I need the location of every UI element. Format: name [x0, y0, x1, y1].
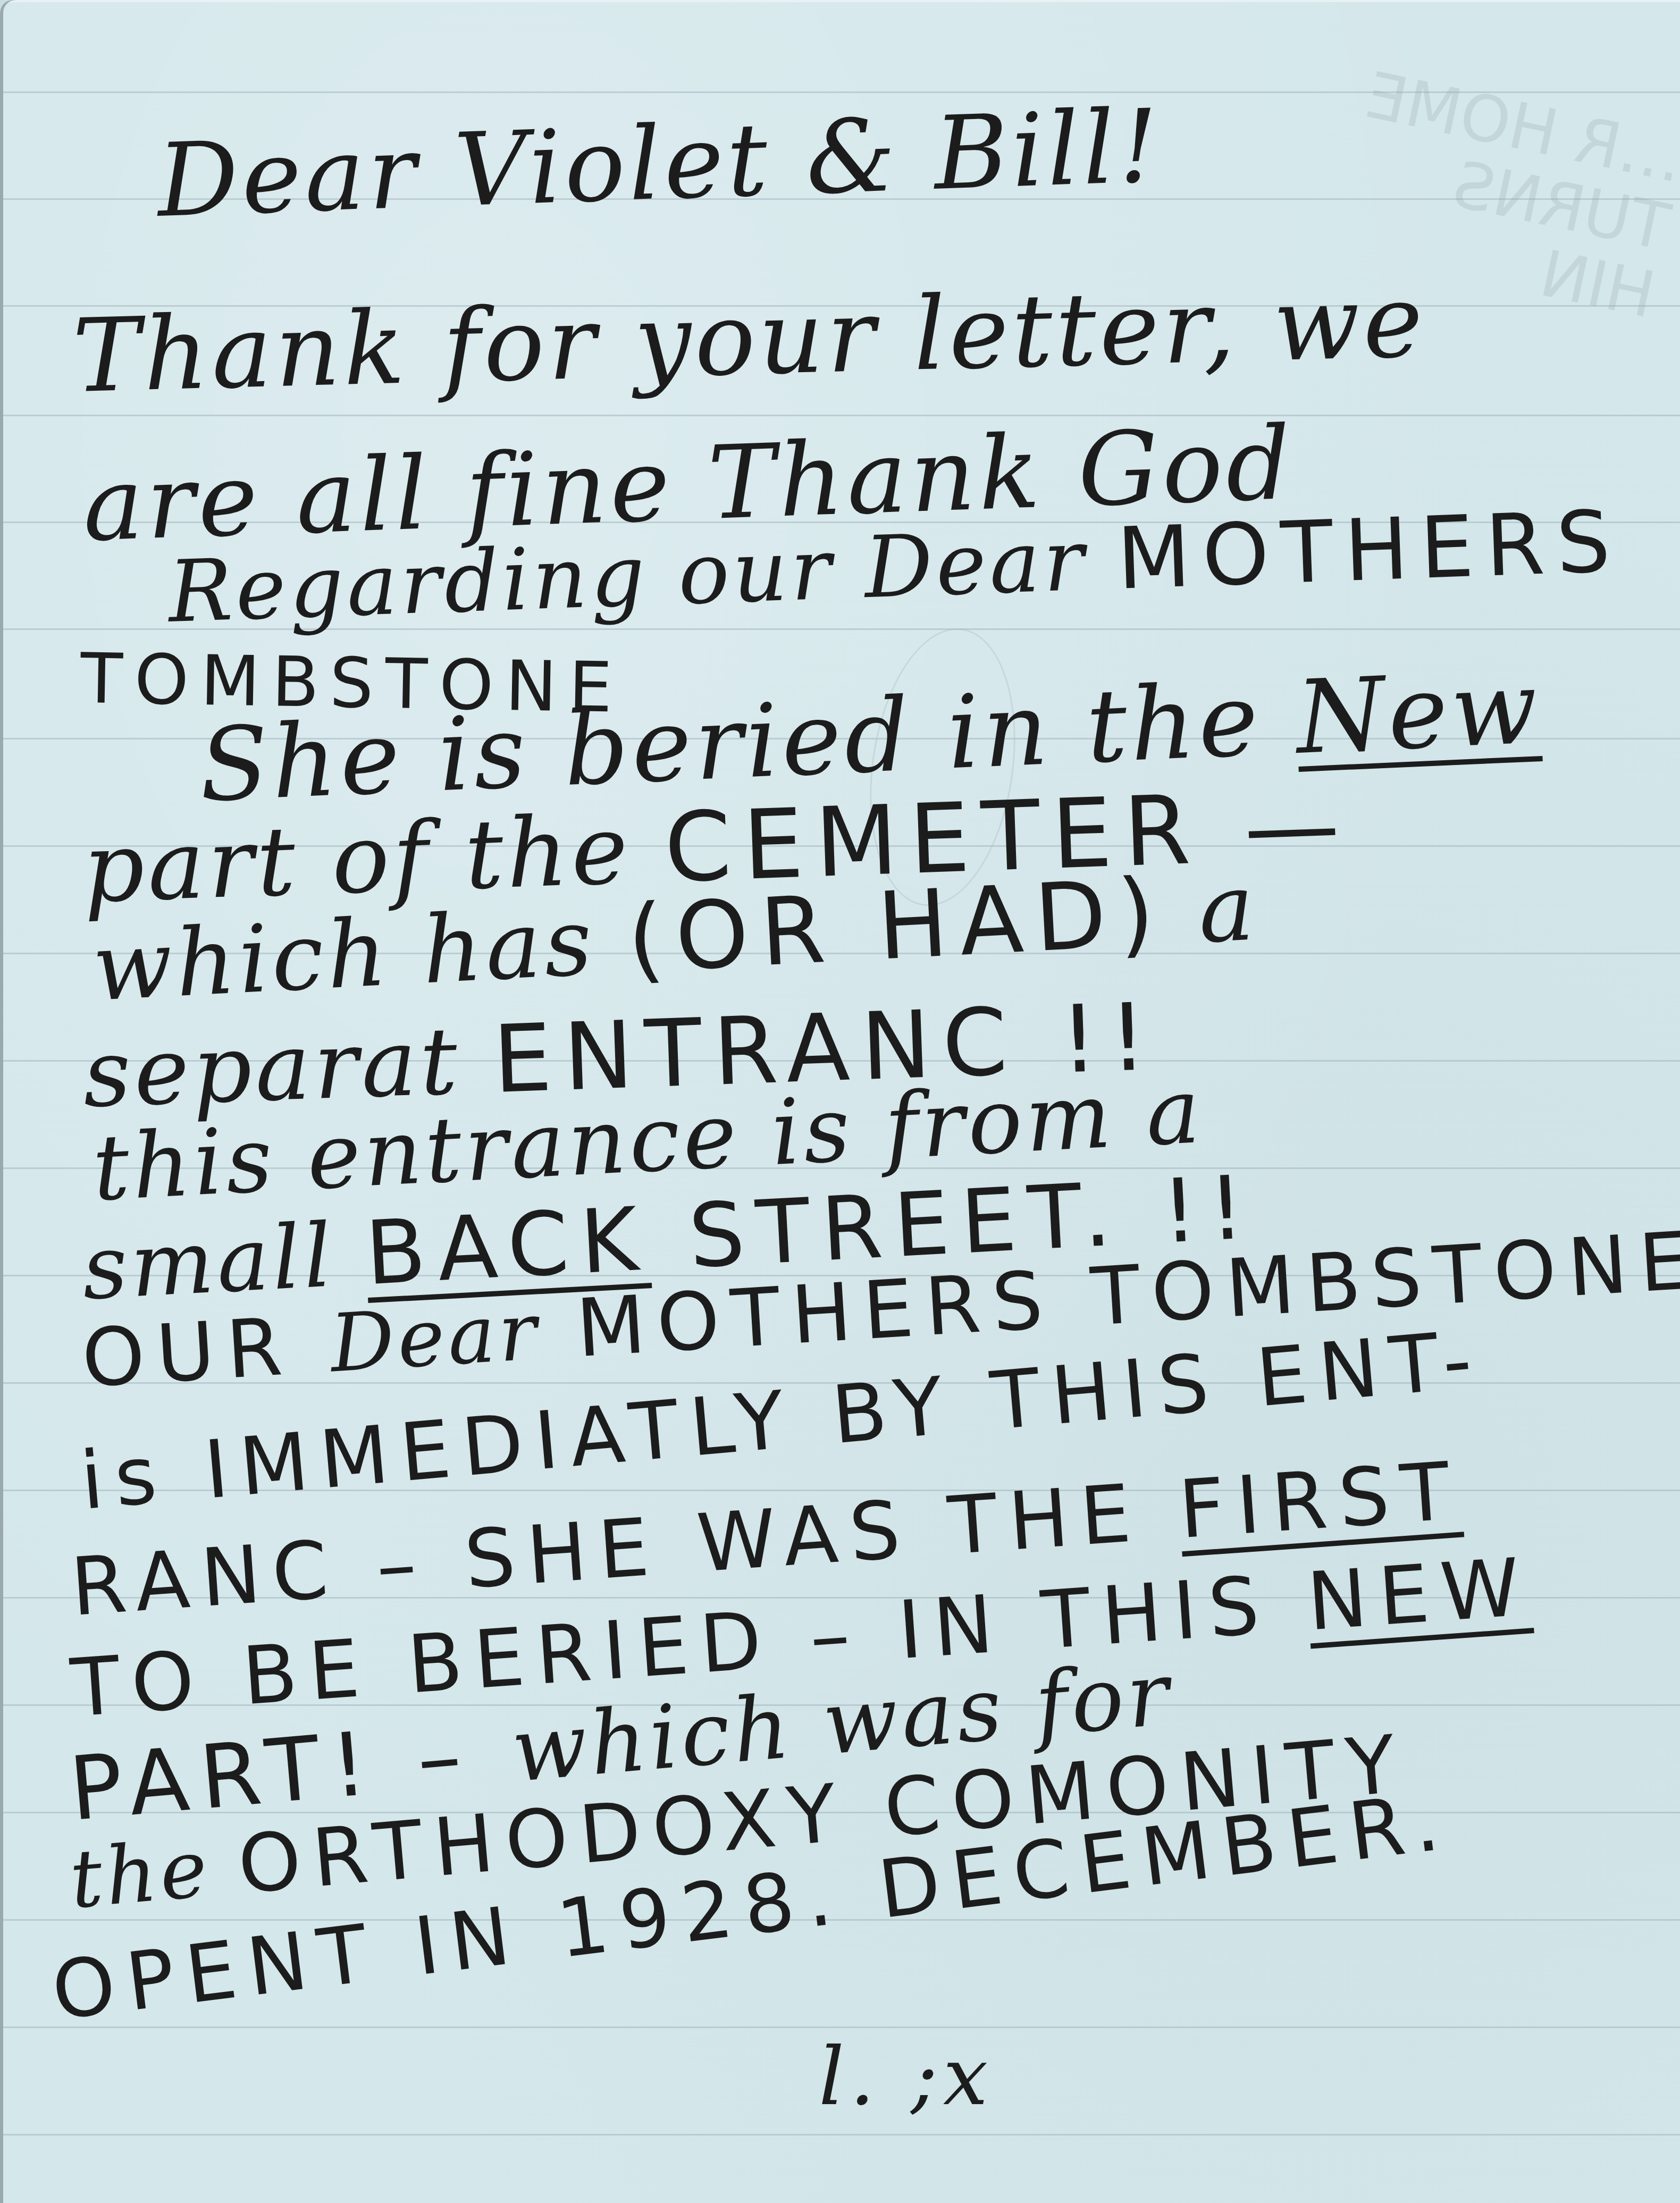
- greeting-text: Dear Violet & Bill!: [155, 87, 1164, 240]
- line-text: MOTHERS: [1115, 492, 1624, 609]
- ruled-line: [0, 2134, 1680, 2135]
- signature: l. ;x: [819, 2031, 993, 2123]
- line-text: Dear: [327, 1285, 542, 1391]
- line-text-underlined: New: [1294, 649, 1543, 777]
- line-text-underlined: FIRST: [1176, 1445, 1464, 1557]
- line-text: Thank for your letter, we: [71, 262, 1427, 415]
- line-text-underlined: NEW: [1304, 1541, 1534, 1649]
- letter-greeting: Dear Violet & Bill!: [155, 87, 1164, 240]
- ruled-line: [0, 2027, 1680, 2028]
- ruled-line: [0, 415, 1680, 416]
- line-text: OUR: [79, 1298, 333, 1406]
- letter-sheet: …R HOME TURNS HIN Dear Violet & Bill! Th…: [0, 0, 1680, 2203]
- line-text: a: [1163, 854, 1259, 966]
- line-text: the: [66, 1820, 242, 1927]
- letter-line-1: Thank for your letter, we: [71, 262, 1427, 415]
